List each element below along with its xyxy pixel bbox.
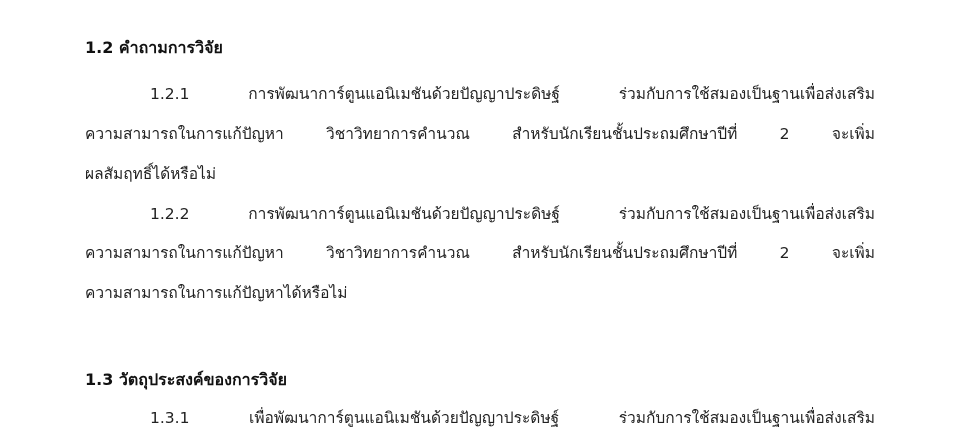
paragraph-1-2-1-line-2: ความสามารถในการแก้ปัญหา วิชาวิทยาการคำนว… <box>85 124 875 144</box>
paragraph-1-3-1-line-1: 1.3.1 เพื่อพัฒนาการ์ตูนแอนิเมชันด้วยปัญญ… <box>150 408 875 428</box>
paragraph-1-2-1-line-1: 1.2.1 การพัฒนาการ์ตูนแอนิเมชันด้วยปัญญาป… <box>150 84 875 104</box>
section-heading-research-objectives: 1.3 วัตถุประสงค์ของการวิจัย <box>85 370 287 390</box>
document-page: 1.2 คำถามการวิจัย 1.2.1 การพัฒนาการ์ตูนแ… <box>0 0 960 447</box>
paragraph-1-2-2-line-3: ความสามารถในการแก้ปัญหาได้หรือไม่ <box>85 283 347 303</box>
section-heading-research-questions: 1.2 คำถามการวิจัย <box>85 38 223 58</box>
paragraph-1-2-2-line-1: 1.2.2 การพัฒนาการ์ตูนแอนิเมชันด้วยปัญญาป… <box>150 204 875 224</box>
paragraph-1-2-2-line-2: ความสามารถในการแก้ปัญหา วิชาวิทยาการคำนว… <box>85 243 875 263</box>
paragraph-1-2-1-line-3: ผลสัมฤทธิ์ได้หรือไม่ <box>85 164 216 184</box>
